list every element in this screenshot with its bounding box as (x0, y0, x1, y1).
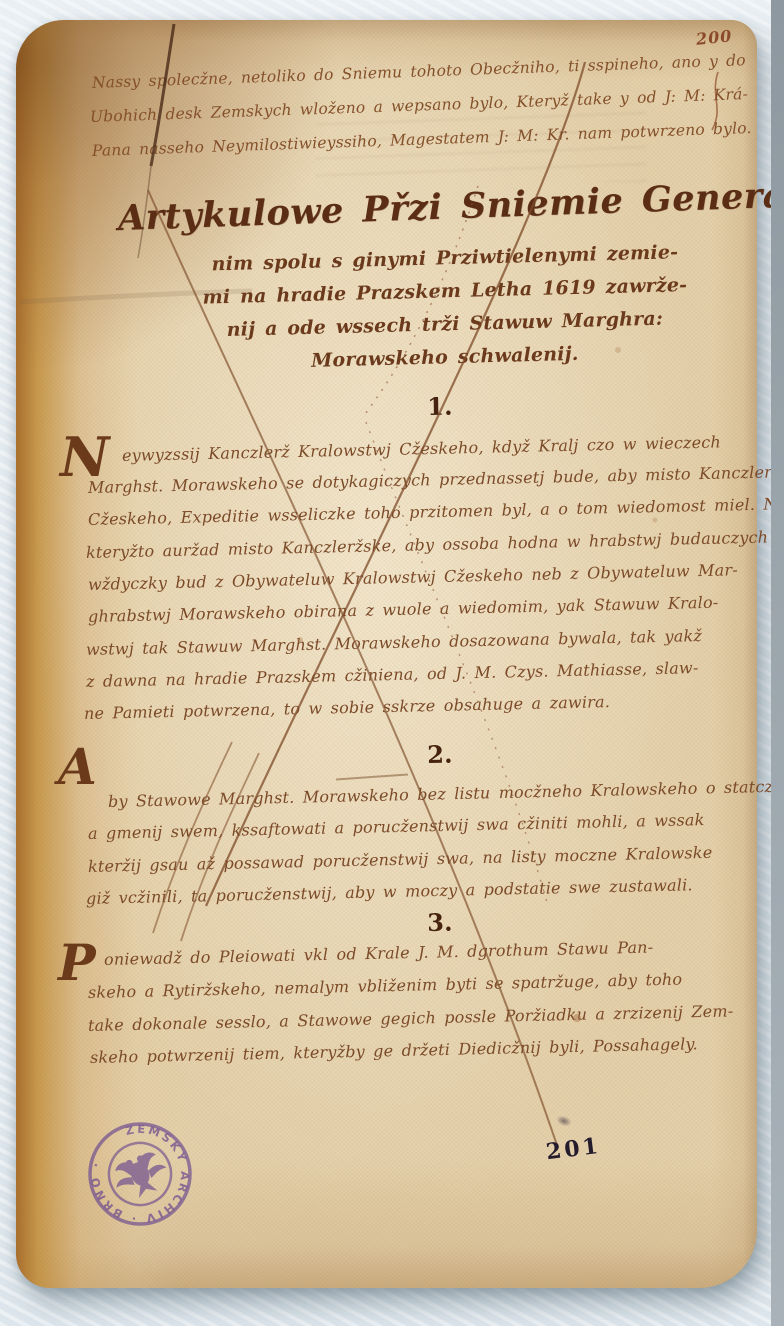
article-2-initial: A (58, 742, 97, 792)
manuscript-scan: 200 Nassy spolecžne, netoliko do Sniemu … (0, 0, 784, 1326)
article-1-initial: N (60, 430, 109, 484)
folio-number: 200 (695, 26, 733, 49)
article-3-initial: P (58, 938, 96, 988)
scan-edge-strip (771, 0, 784, 1326)
